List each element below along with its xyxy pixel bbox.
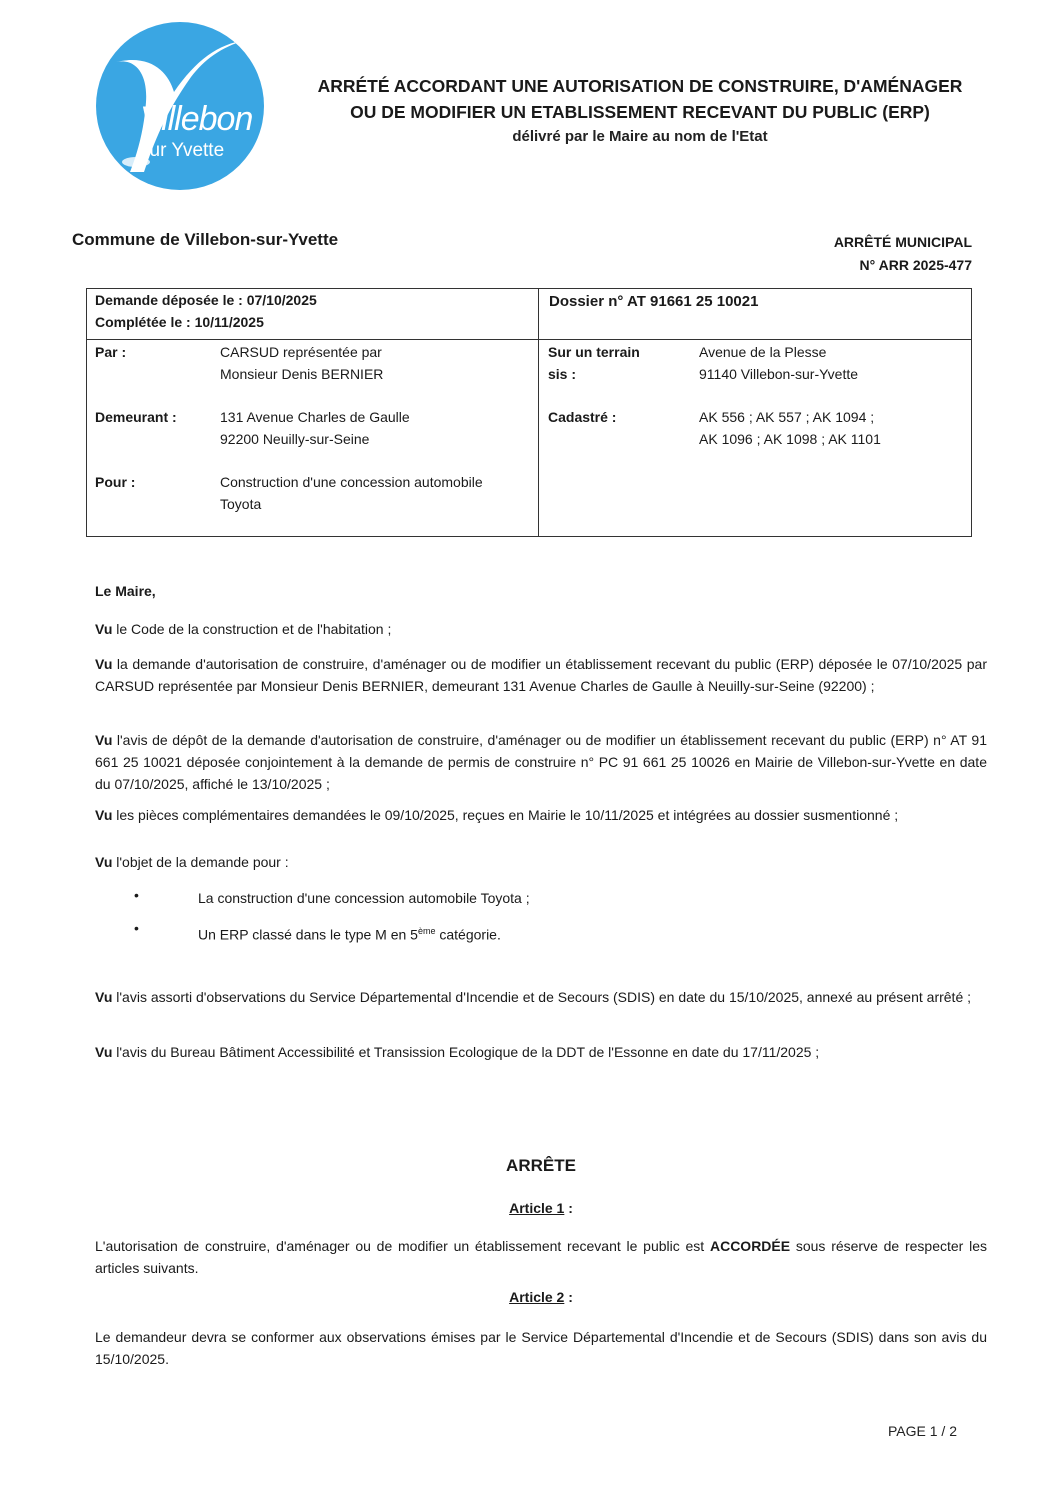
vu-objet-demande: Vu l'objet de la demande pour : bbox=[95, 851, 987, 873]
cadastre-label: Cadastré : bbox=[548, 406, 616, 428]
bullet-item-2: Un ERP classé dans le type M en 5ème cat… bbox=[198, 920, 501, 946]
vu-pieces-complementaires: Vu les pièces complémentaires demandées … bbox=[95, 804, 987, 826]
document-title-line2: OU DE MODIFIER UN ETABLISSEMENT RECEVANT… bbox=[300, 102, 980, 123]
par-label: Par : bbox=[95, 341, 126, 363]
demeurant-label: Demeurant : bbox=[95, 406, 177, 428]
article-1-title: Article 1 : bbox=[95, 1200, 987, 1216]
terrain-value-line1: Avenue de la Plesse bbox=[699, 341, 826, 363]
pour-label: Pour : bbox=[95, 471, 135, 493]
intro-le-maire: Le Maire, bbox=[95, 580, 987, 602]
completee-date: Complétée le : 10/11/2025 bbox=[95, 311, 264, 333]
bullet-icon: • bbox=[134, 887, 139, 903]
article-1-text: L'autorisation de construire, d'aménager… bbox=[95, 1235, 987, 1279]
vu-demande: Vu la demande d'autorisation de construi… bbox=[95, 653, 987, 697]
document-subtitle: délivré par le Maire au nom de l'Etat bbox=[300, 128, 980, 145]
par-value-line1: CARSUD représentée par bbox=[220, 341, 382, 363]
par-value-line2: Monsieur Denis BERNIER bbox=[220, 363, 383, 385]
bullet-item-1: La construction d'une concession automob… bbox=[198, 887, 530, 909]
dossier-number: Dossier n° AT 91661 25 10021 bbox=[549, 291, 758, 313]
bullet-icon: • bbox=[134, 920, 139, 936]
vu-avis-depot: Vu l'avis de dépôt de la demande d'autor… bbox=[95, 729, 987, 795]
article-2-title: Article 2 : bbox=[95, 1289, 987, 1305]
arrete-municipal-label: ARRÊTÉ MUNICIPAL bbox=[800, 234, 972, 250]
article-2-text: Le demandeur devra se conformer aux obse… bbox=[95, 1326, 987, 1370]
dossier-label: Dossier n° bbox=[549, 293, 627, 310]
cadastre-value-line2: AK 1096 ; AK 1098 ; AK 1101 bbox=[699, 428, 881, 450]
table-divider-horizontal bbox=[87, 339, 971, 340]
arrete-number: N° ARR 2025-477 bbox=[800, 257, 972, 273]
demeurant-value-line2: 92200 Neuilly-sur-Seine bbox=[220, 428, 369, 450]
terrain-label-line1: Sur un terrain bbox=[548, 341, 640, 363]
villebon-logo: Villebon sur Yvette bbox=[96, 22, 264, 190]
logo-name: Villebon bbox=[140, 100, 252, 139]
terrain-value-line2: 91140 Villebon-sur-Yvette bbox=[699, 363, 858, 385]
table-divider-vertical bbox=[538, 289, 539, 536]
page-number: PAGE 1 / 2 bbox=[888, 1423, 957, 1439]
dossier-info-table: Demande déposée le : 07/10/2025 Complété… bbox=[86, 288, 972, 537]
vu-avis-ddt: Vu l'avis du Bureau Bâtiment Accessibili… bbox=[95, 1041, 987, 1063]
commune-name: Commune de Villebon-sur-Yvette bbox=[72, 230, 338, 250]
terrain-label-line2: sis : bbox=[548, 363, 576, 385]
demande-deposee: Demande déposée le : 07/10/2025 bbox=[95, 289, 317, 311]
vu-code-construction: Vu le Code de la construction et de l'ha… bbox=[95, 618, 987, 640]
document-title-line1: ARRÉTÉ ACCORDANT UNE AUTORISATION DE CON… bbox=[300, 76, 980, 97]
dossier-value: AT 91661 25 10021 bbox=[627, 293, 759, 310]
pour-value-line2: Toyota bbox=[220, 493, 261, 515]
vu-avis-sdis: Vu l'avis assorti d'observations du Serv… bbox=[95, 986, 987, 1008]
pour-value-line1: Construction d'une concession automobile bbox=[220, 471, 483, 493]
cadastre-value-line1: AK 556 ; AK 557 ; AK 1094 ; bbox=[699, 406, 874, 428]
arrete-heading: ARRÊTE bbox=[95, 1156, 987, 1176]
logo-subname: sur Yvette bbox=[140, 140, 224, 162]
demeurant-value-line1: 131 Avenue Charles de Gaulle bbox=[220, 406, 410, 428]
